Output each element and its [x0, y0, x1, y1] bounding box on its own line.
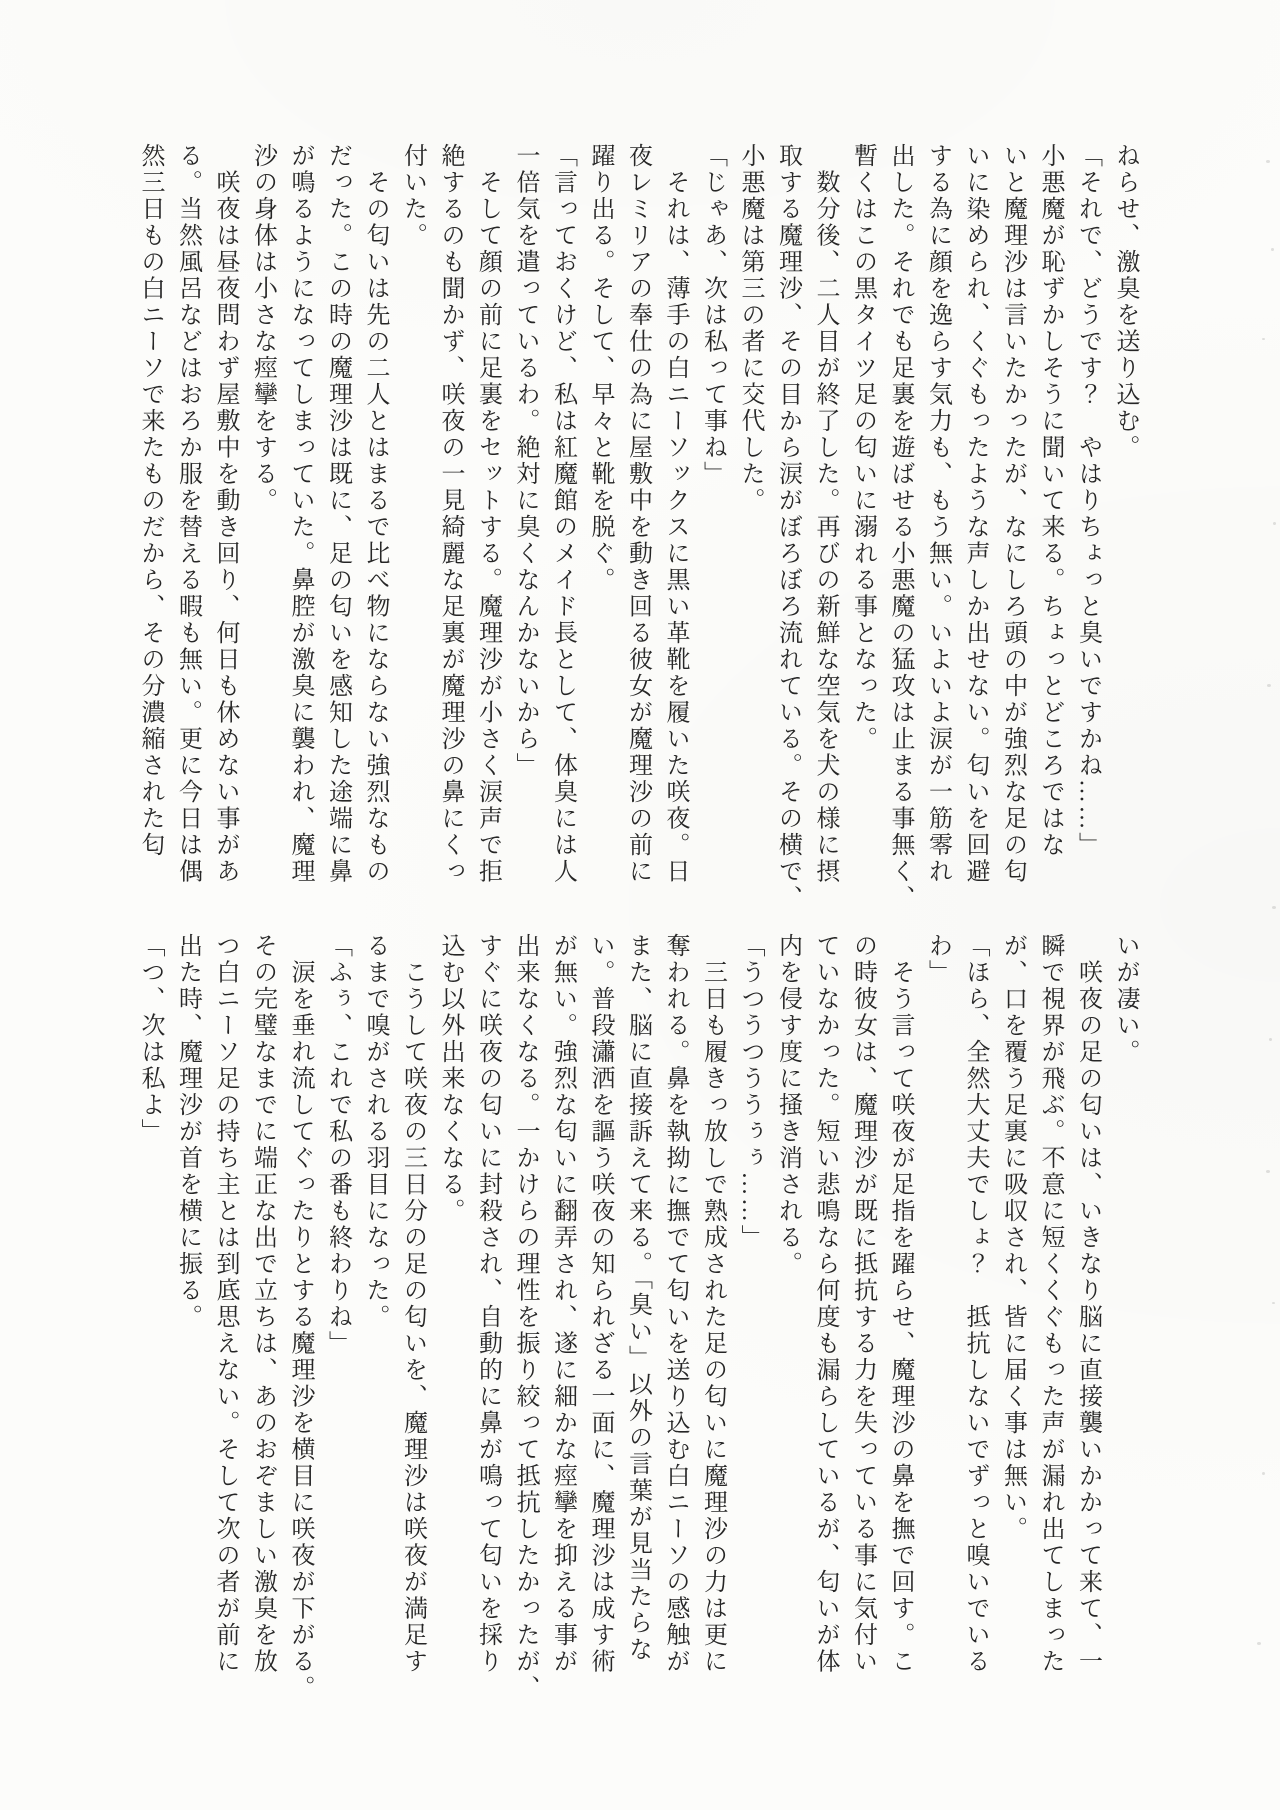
scan-speck [1269, 1038, 1272, 1041]
text-column: する為に顔を逸らす気力も、もう無い。いよいよ涙が一筋零れ [918, 143, 956, 885]
scan-speck [1257, 1642, 1261, 1645]
text-column: すぐに咲夜の匂いに封殺され、自動的に鼻が鳴って匂いを採り [468, 933, 506, 1675]
text-column: 涙を垂れ流してぐったりとする魔理沙を横目に咲夜が下がる。 [281, 933, 319, 1675]
text-column: ねらせ、激臭を送り込む。 [1106, 143, 1144, 885]
text-column: だった。この時の魔理沙は既に、足の匂いを感知した途端に鼻 [318, 143, 356, 885]
scan-speck [1266, 1170, 1270, 1173]
scan-speck [1267, 684, 1271, 687]
text-column: 三日も履きっ放しで熟成された足の匂いに魔理沙の力は更に [693, 933, 731, 1675]
text-column: 出た時、魔理沙が首を横に振る。 [168, 933, 206, 1675]
text-column: こうして咲夜の三日分の足の匂いを、魔理沙は咲夜が満足す [393, 933, 431, 1675]
text-column: 暫くはこの黒タイツ足の匂いに溺れる事となった。 [843, 143, 881, 885]
text-column: そして顔の前に足裏をセットする。魔理沙が小さく涙声で拒 [468, 143, 506, 885]
text-column: 「つ、次は私よ」 [131, 933, 169, 1675]
scanned-page: ねらせ、激臭を送り込む。「それで、どうです？ やはりちょっと臭いですかね……」小… [0, 0, 1280, 1810]
text-column: ていなかった。短い悲鳴なら何度も漏らしているが、匂いが体 [806, 933, 844, 1675]
text-column: そう言って咲夜が足指を躍らせ、魔理沙の鼻を撫で回す。こ [881, 933, 919, 1675]
text-column: 「ほら、全然大丈夫でしょ？ 抵抗しないでずっと嗅いでいる [956, 933, 994, 1675]
scan-speck [1262, 1472, 1265, 1475]
text-column: 「じゃあ、次は私って事ね」 [693, 143, 731, 885]
text-column: 沙の身体は小さな痙攣をする。 [243, 143, 281, 885]
text-column: 咲夜の足の匂いは、いきなり脳に直接襲いかかって来て、一 [1068, 933, 1106, 1675]
text-column: その完璧なまでに端正な出で立ちは、あのおぞましい激臭を放 [243, 933, 281, 1675]
scan-speck [1266, 160, 1270, 163]
text-column: 数分後、二人目が終了した。再びの新鮮な空気を犬の様に摂 [806, 143, 844, 885]
text-column: 付いた。 [393, 143, 431, 885]
text-column: るまで嗅がされる羽目になった。 [356, 933, 394, 1675]
text-column: また、脳に直接訴えて来る。「臭い」以外の言葉が見当たらな [618, 933, 656, 1675]
text-column: わ」 [918, 933, 956, 1675]
text-column: 小悪魔は第三の者に交代した。 [731, 143, 769, 885]
text-column: つ白ニーソ足の持ち主とは到底思えない。そして次の者が前に [206, 933, 244, 1675]
text-column: 「言っておくけど、私は紅魔館のメイド長として、体臭には人 [543, 143, 581, 885]
text-column: いと魔理沙は言いたかったが、なにしろ頭の中が強烈な足の匂 [993, 143, 1031, 885]
text-column: 込む以外出来なくなる。 [431, 933, 469, 1675]
text-column: る。当然風呂などはおろか服を替える暇も無い。更に今日は偶 [168, 143, 206, 885]
text-column: 奪われる。鼻を執拗に撫でて匂いを送り込む白ニーソの感触が [656, 933, 694, 1675]
text-column: が無い。強烈な匂いに翻弄され、遂に細かな痙攣を抑える事が [543, 933, 581, 1675]
text-column: 取する魔理沙、その目から涙がぼろぼろ流れている。その横で、 [768, 143, 806, 885]
text-column: 出した。それでも足裏を遊ばせる小悪魔の猛攻は止まる事無く、 [881, 143, 919, 885]
text-column: それは、薄手の白ニーソックスに黒い革靴を履いた咲夜。日 [656, 143, 694, 885]
text-column: い。普段瀟洒を謳う咲夜の知られざる一面に、魔理沙は成す術 [581, 933, 619, 1675]
scan-speck [1273, 522, 1276, 525]
text-block-upper: ねらせ、激臭を送り込む。「それで、どうです？ やはりちょっと臭いですかね……」小… [130, 143, 1143, 885]
text-column: 一倍気を遣っているわ。絶対に臭くなんかないから」 [506, 143, 544, 885]
text-column: が、口を覆う足裏に吸収され、皆に届く事は無い。 [993, 933, 1031, 1675]
text-column: 「ふぅ、これで私の番も終わりね」 [318, 933, 356, 1675]
text-column: の時彼女は、魔理沙が既に抵抗する力を失っている事に気付い [843, 933, 881, 1675]
text-column: いに染められ、くぐもったような声しか出せない。匂いを回避 [956, 143, 994, 885]
text-column: その匂いは先の二人とはまるで比べ物にならない強烈なもの [356, 143, 394, 885]
text-column: いが凄い。 [1106, 933, 1144, 1675]
text-column: 瞬で視界が飛ぶ。不意に短くくぐもった声が漏れ出てしまった [1031, 933, 1069, 1675]
text-column: 躍り出る。そして、早々と靴を脱ぐ。 [581, 143, 619, 885]
scan-speck [1272, 906, 1276, 909]
text-column: 出来なくなる。一かけらの理性を振り絞って抵抗したかったが、 [506, 933, 544, 1675]
scan-speck [1271, 248, 1274, 251]
scan-speck [1272, 1302, 1275, 1304]
text-block-lower: いが凄い。 咲夜の足の匂いは、いきなり脳に直接襲いかかって来て、一瞬で視界が飛ぶ… [130, 933, 1143, 1675]
text-column: 絶するのも聞かず、咲夜の一見綺麗な足裏が魔理沙の鼻にくっ [431, 143, 469, 885]
text-column: 然三日もの白ニーソで来たものだから、その分濃縮された匂 [131, 143, 169, 885]
text-column: 夜レミリアの奉仕の為に屋敷中を動き回る彼女が魔理沙の前に [618, 143, 656, 885]
text-column: 小悪魔が恥ずかしそうに聞いて来る。ちょっとどころではな [1031, 143, 1069, 885]
text-column: 内を侵す度に掻き消される。 [768, 933, 806, 1675]
text-column: 「うつうつううぅぅ……」 [731, 933, 769, 1675]
text-column: 咲夜は昼夜問わず屋敷中を動き回り、何日も休めない事があ [206, 143, 244, 885]
text-column: 「それで、どうです？ やはりちょっと臭いですかね……」 [1068, 143, 1106, 885]
scan-speck [1262, 338, 1265, 340]
text-column: が鳴るようになってしまっていた。鼻腔が激臭に襲われ、魔理 [281, 143, 319, 885]
